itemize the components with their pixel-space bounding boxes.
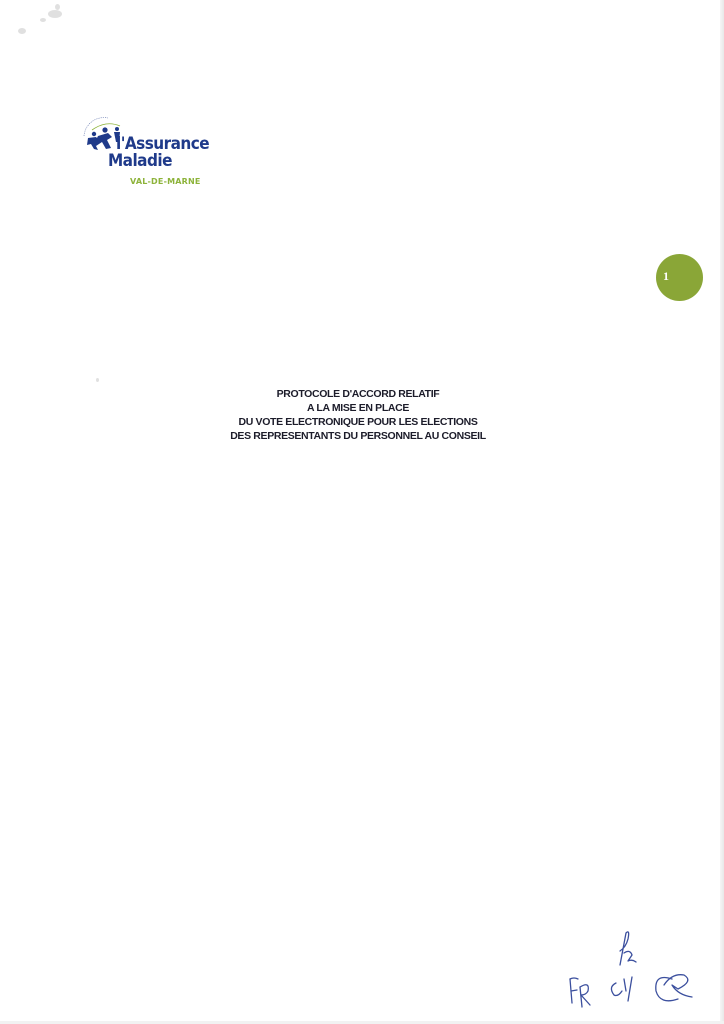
scan-speck [40,18,46,22]
initials-ce [656,975,692,1001]
handwritten-initials [560,925,710,1015]
title-line: DES REPRESENTANTS DU PERSONNEL AU CONSEI… [0,429,716,443]
scan-speck [18,28,26,34]
title-line: PROTOCOLE D'ACCORD RELATIF [0,387,716,401]
scan-speck [48,10,62,18]
logo-name-line2: Maladie [108,151,172,171]
signature-top [620,932,636,965]
initials-cy [611,977,632,1001]
title-line: A LA MISE EN PLACE [0,401,716,415]
document-title: PROTOCOLE D'ACCORD RELATIF A LA MISE EN … [0,387,716,443]
page-number: 1 [663,269,669,284]
scan-speck [55,4,60,10]
title-line: DU VOTE ELECTRONIQUE POUR LES ELECTIONS [0,415,716,429]
logo-region: VAL-DE-MARNE [130,177,201,186]
assurance-maladie-logo: l'Assurance Maladie VAL-DE-MARNE [78,112,238,192]
initials-fr [570,978,590,1007]
page-number-badge: 1 [656,254,703,301]
scan-speck [96,378,99,382]
document-page: l'Assurance Maladie VAL-DE-MARNE 1 PROTO… [0,0,724,1024]
scan-edge-right [720,0,724,1024]
